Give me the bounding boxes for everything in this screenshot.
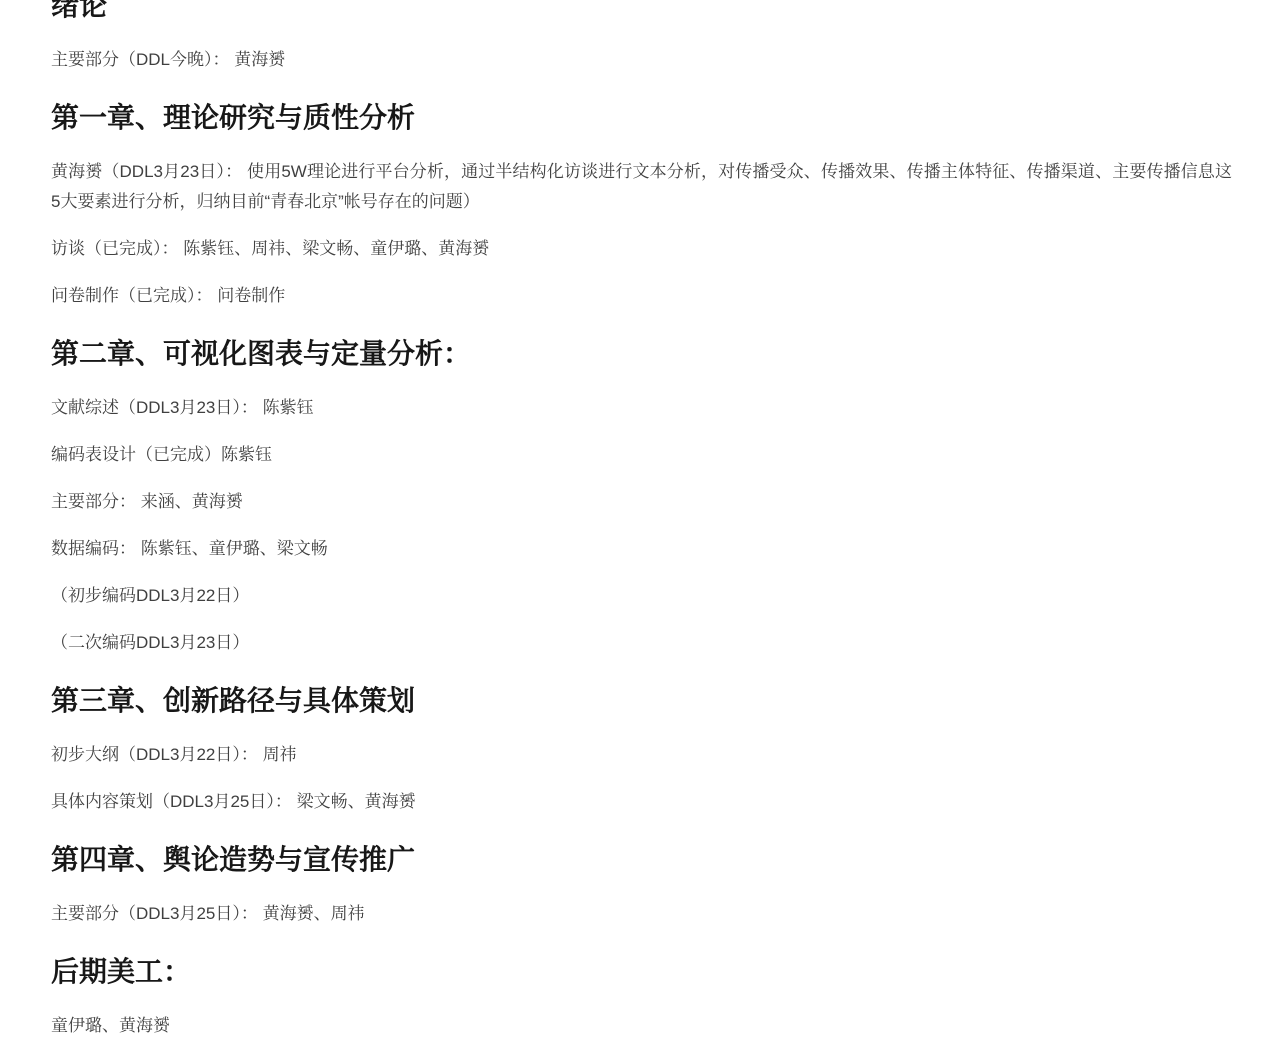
- task-line-ch1-interviews: 访谈（已完成）： 陈紫钰、周祎、梁文畅、童伊璐、黄海赟: [51, 234, 1232, 264]
- section-heading-chapter-3: 第三章、创新路径与具体策划: [51, 681, 1232, 720]
- task-line-ch3-content-planning: 具体内容策划（DDL3月25日）： 梁文畅、黄海赟: [51, 787, 1232, 817]
- task-line-intro-main: 主要部分（DDL今晚）： 黄海赟: [51, 45, 1232, 75]
- task-line-ch4-main-part: 主要部分（DDL3月25日）： 黄海赟、周祎: [51, 899, 1232, 929]
- task-line-ch2-literature-review: 文献综述（DDL3月23日）： 陈紫钰: [51, 393, 1232, 423]
- section-heading-chapter-4: 第四章、舆论造势与宣传推广: [51, 840, 1232, 879]
- section-chapter-1: 第一章、理论研究与质性分析 黄海赟（DDL3月23日）： 使用5W理论进行平台分…: [51, 98, 1232, 311]
- task-line-ch2-data-coding: 数据编码： 陈紫钰、童伊璐、梁文畅: [51, 534, 1232, 564]
- section-heading-post-design: 后期美工：: [51, 952, 1232, 991]
- section-post-design: 后期美工： 童伊璐、黄海赟: [51, 952, 1232, 1041]
- task-line-ch3-outline: 初步大纲（DDL3月22日）： 周祎: [51, 740, 1232, 770]
- section-chapter-2: 第二章、可视化图表与定量分析： 文献综述（DDL3月23日）： 陈紫钰 编码表设…: [51, 334, 1232, 658]
- section-heading-chapter-1: 第一章、理论研究与质性分析: [51, 98, 1232, 137]
- task-line-ch1-questionnaire: 问卷制作（已完成）： 问卷制作: [51, 281, 1232, 311]
- task-line-ch2-codebook-design: 编码表设计（已完成）陈紫钰: [51, 440, 1232, 470]
- task-line-ch2-main-part: 主要部分： 来涵、黄海赟: [51, 487, 1232, 517]
- section-chapter-4: 第四章、舆论造势与宣传推广 主要部分（DDL3月25日）： 黄海赟、周祎: [51, 840, 1232, 929]
- section-intro: 绪论 主要部分（DDL今晚）： 黄海赟: [51, 0, 1232, 75]
- task-line-ch2-second-coding-ddl: （二次编码DDL3月23日）: [51, 628, 1232, 658]
- document-page: 绪论 主要部分（DDL今晚）： 黄海赟 第一章、理论研究与质性分析 黄海赟（DD…: [0, 0, 1280, 1041]
- section-heading-chapter-2: 第二章、可视化图表与定量分析：: [51, 334, 1232, 373]
- task-line-post-design-members: 童伊璐、黄海赟: [51, 1011, 1232, 1041]
- section-chapter-3: 第三章、创新路径与具体策划 初步大纲（DDL3月22日）： 周祎 具体内容策划（…: [51, 681, 1232, 817]
- task-line-ch1-analysis: 黄海赟（DDL3月23日）： 使用5W理论进行平台分析，通过半结构化访谈进行文本…: [51, 157, 1232, 217]
- task-line-ch2-initial-coding-ddl: （初步编码DDL3月22日）: [51, 581, 1232, 611]
- section-heading-intro: 绪论: [51, 0, 1232, 25]
